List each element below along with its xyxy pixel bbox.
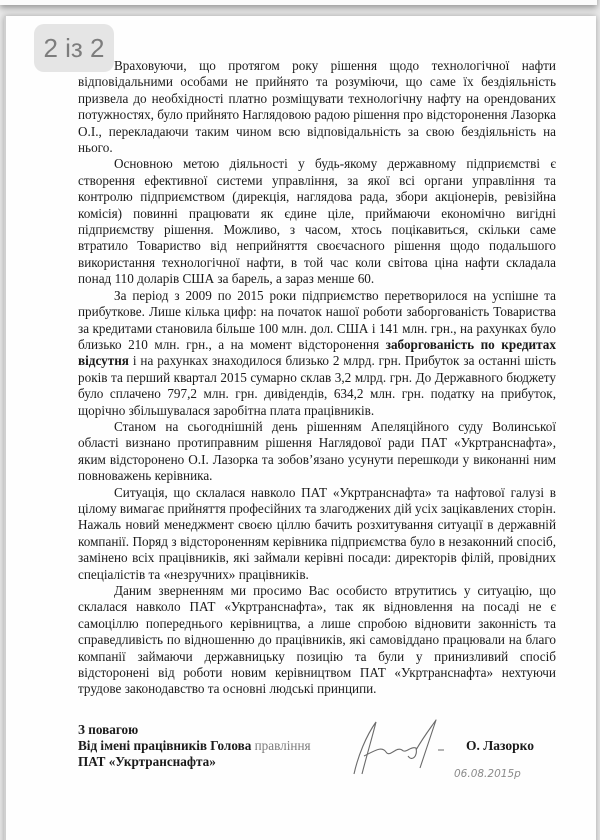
handwritten-date: 06.08.2015р — [454, 768, 521, 780]
closing-role: Від імені працівників Голова правління — [78, 738, 311, 754]
closing-block: З повагою Від імені працівників Голова п… — [78, 722, 311, 771]
previous-page-edge — [0, 0, 597, 5]
closing-role-bold: Від імені працівників Голова — [78, 738, 251, 753]
document-page[interactable]: 2 із 2 Враховуючи, що протягом року ріше… — [4, 16, 596, 840]
page-indicator: 2 із 2 — [34, 24, 114, 72]
paragraph-2: Основною метою діяльності у будь-якому д… — [78, 156, 556, 287]
closing-role-faded: правління — [255, 738, 311, 753]
closing-salutation: З повагою — [78, 722, 311, 738]
signer-name: О. Лазорко — [466, 738, 534, 754]
paragraph-6: Даним зверненням ми просимо Вас особисто… — [78, 583, 556, 698]
paragraph-5: Ситуація, що склалася навколо ПАТ «Укртр… — [78, 485, 556, 583]
signature-icon — [346, 716, 446, 780]
paragraph-1: Враховуючи, що протягом року рішення щод… — [78, 58, 556, 156]
letter-body: Враховуючи, що протягом року рішення щод… — [78, 58, 556, 698]
closing-company: ПАТ «Укртранснафта» — [78, 754, 311, 770]
paragraph-3-part-2: і на рахунках знаходилося близько 2 млрд… — [78, 353, 556, 417]
paragraph-3: За період з 2009 по 2015 роки підприємст… — [78, 288, 556, 419]
paragraph-4: Станом на сьогоднішній день рішенням Апе… — [78, 419, 556, 485]
